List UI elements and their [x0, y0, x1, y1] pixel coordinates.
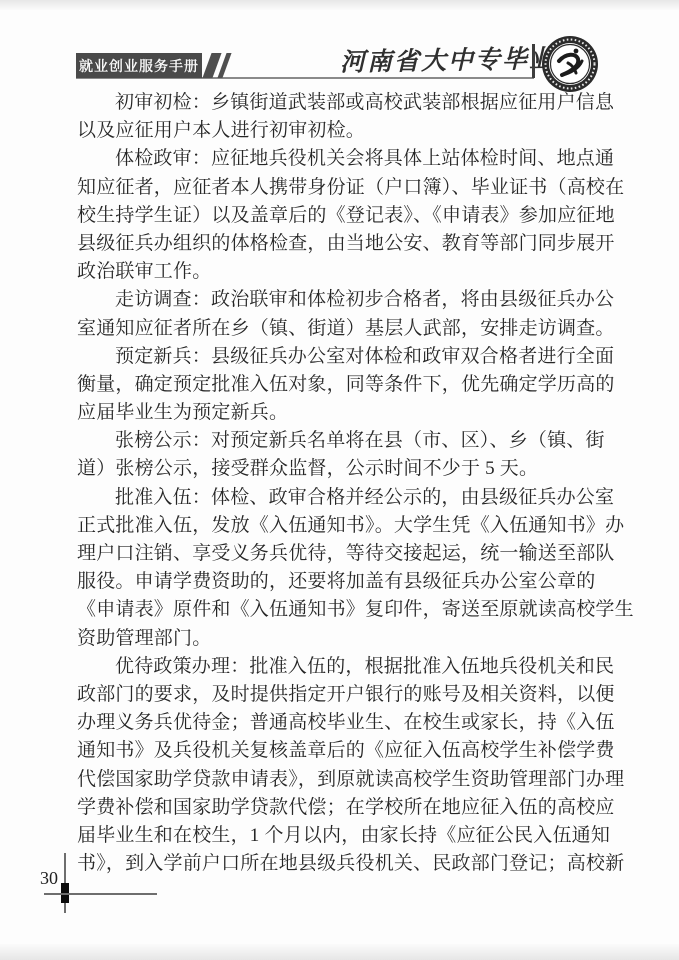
handbook-page: 就业创业服务手册 河南省大中专毕业生 初审初检：乡镇街道武装部或高校武装部根据应…: [0, 0, 679, 960]
text-line: 校生持学生证）以及盖章后的《登记表》、《申请表》参加应征地: [77, 202, 601, 230]
text-line: 知应征者，应征者本人携带身份证（户口簿）、毕业证书（高校在: [77, 174, 601, 202]
text-line: 张榜公示：对预定新兵名单将在县（市、区）、乡（镇、街: [77, 427, 601, 455]
handbook-title: 就业创业服务手册: [79, 56, 199, 76]
header-divider: [532, 44, 535, 78]
text-line: 理户口注销、享受义务兵优待，等待交接起运，统一输送至部队: [77, 540, 601, 568]
text-line: 资助管理部门。: [77, 625, 601, 653]
footer-horizontal-rule: [44, 893, 157, 895]
text-line: 《申请表》原件和《入伍通知书》复印件，寄送至原就读高校学生: [77, 596, 601, 624]
text-line: 衡量，确定预定批准入伍对象，同等条件下，优先确定学历高的: [77, 371, 601, 399]
text-line: 书》，到入学前户口所在地县级兵役机关、民政部门登记；高校新: [77, 850, 601, 878]
text-line: 道）张榜公示，接受群众监督，公示时间不少于 5 天。: [77, 455, 601, 483]
text-line: 应届毕业生为预定新兵。: [77, 399, 601, 427]
text-line: 通知书》及兵役机关复核盖章后的《应征入伍高校学生补偿学费: [77, 737, 601, 765]
text-line: 体检政审：应征地兵役机关会将具体上站体检时间、地点通: [77, 145, 601, 173]
text-line: 预定新兵：县级征兵办公室对体检和政审双合格者进行全面: [77, 343, 601, 371]
text-line: 办理义务兵优待金；普通高校毕业生、在校生或家长，持《入伍: [77, 709, 601, 737]
text-line: 初审初检：乡镇街道武装部或高校武装部根据应征用户信息: [77, 89, 601, 117]
scan-edge-bottom: [0, 944, 679, 960]
text-line: 服役。申请学费资助的，还要将加盖有县级征兵办公室公章的: [77, 568, 601, 596]
text-line: 代偿国家助学贷款申请表》，到原就读高校学生资助管理部门办理: [77, 766, 601, 794]
page-number: 30: [40, 868, 58, 889]
text-line: 走访调查：政治联审和体检初步合格者，将由县级征兵办公: [77, 286, 601, 314]
text-line: 批准入伍：体检、政审合格并经公示的，由县级征兵办公室: [77, 484, 601, 512]
text-line: 以及应征用户本人进行初审初检。: [77, 117, 601, 145]
text-line: 政部门的要求，及时提供指定开户银行的账号及相关资料，以便: [77, 681, 601, 709]
text-line: 优待政策办理：批准入伍的，根据批准入伍地兵役机关和民: [77, 653, 601, 681]
text-line: 政治联审工作。: [77, 258, 601, 286]
audience-title: 河南省大中专毕业生: [340, 39, 531, 80]
text-line: 室通知应征者所在乡（镇、街道）基层人武部，安排走访调查。: [77, 315, 601, 343]
paragraph-container: 初审初检：乡镇街道武装部或高校武装部根据应征用户信息以及应征用户本人进行初审初检…: [77, 89, 601, 878]
scan-edge-top: [0, 0, 679, 10]
text-line: 正式批准入伍，发放《入伍通知书》。大学生凭《入伍通知书》办: [77, 512, 601, 540]
handbook-title-bar: 就业创业服务手册: [76, 53, 202, 78]
body-text: 初审初检：乡镇街道武装部或高校武装部根据应征用户信息以及应征用户本人进行初审初检…: [77, 89, 601, 878]
seal-emblem-icon: [541, 35, 599, 93]
text-line: 学费补偿和国家助学贷款代偿；在学校所在地应征入伍的高校应: [77, 794, 601, 822]
text-line: 县级征兵办组织的体格检查，由当地公安、教育等部门同步展开: [77, 230, 601, 258]
text-line: 届毕业生和在校生，1 个月以内，由家长持《应征公民入伍通知: [77, 822, 601, 850]
